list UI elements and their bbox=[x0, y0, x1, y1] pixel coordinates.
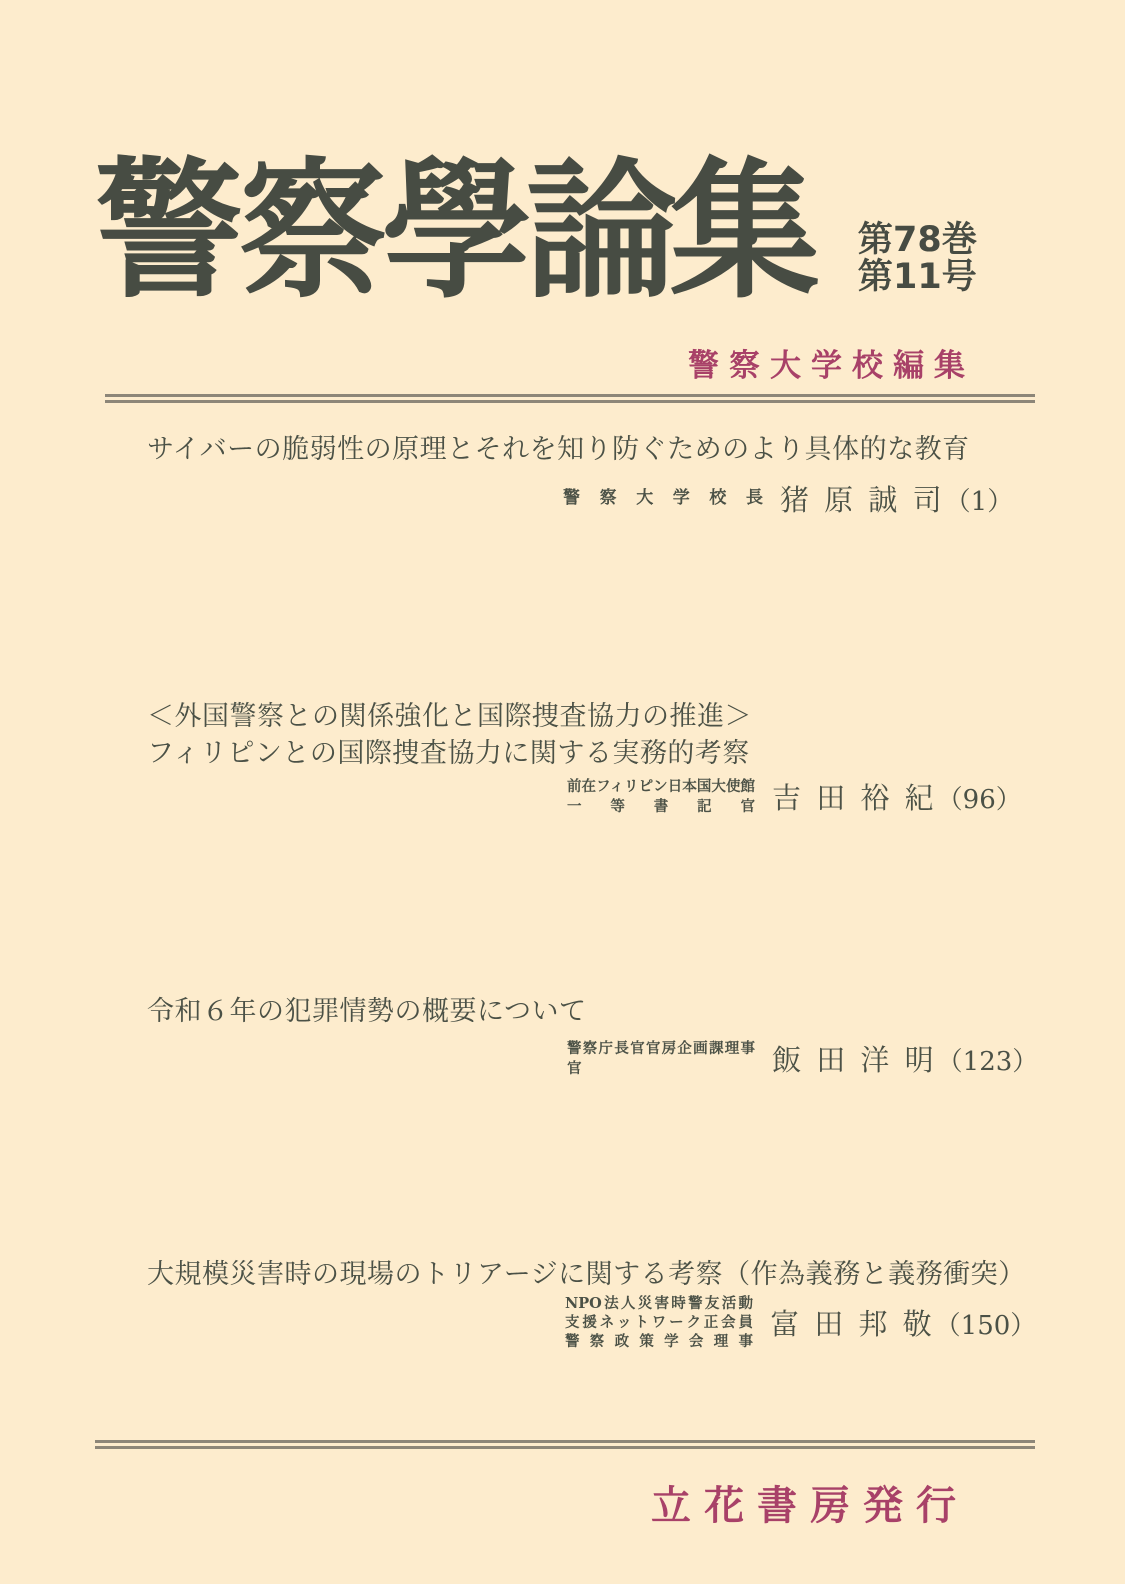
article-affiliation: 前在フィリピン日本国大使館 一等書記官 bbox=[567, 777, 755, 815]
affiliation-line: 前在フィリピン日本国大使館 bbox=[567, 777, 755, 796]
bottom-divider-rule bbox=[95, 1440, 1035, 1449]
article-author: 吉 田 裕 紀 bbox=[772, 781, 937, 815]
article-title-line: フィリピンとの国際捜査協力に関する実務的考察 bbox=[147, 735, 752, 772]
affiliation-line: 警察政策学会理事 bbox=[565, 1332, 753, 1351]
article-title-line: 令和６年の犯罪情勢の概要について bbox=[147, 993, 586, 1030]
article-page-ref: （123） bbox=[937, 1047, 1039, 1077]
article-author-row: 飯 田 洋 明（123） bbox=[772, 1038, 1038, 1079]
article-page-ref: （96） bbox=[937, 785, 1022, 815]
article-title: ＜外国警察との関係強化と国際捜査協力の推進＞ フィリピンとの国際捜査協力に関する… bbox=[147, 698, 752, 772]
article-title-line: サイバーの脆弱性の原理とそれを知り防ぐためのより具体的な教育 bbox=[147, 431, 970, 468]
article-title-line: 大規模災害時の現場のトリアージに関する考察（作為義務と義務衝突） bbox=[147, 1256, 1026, 1293]
journal-title: 警察學論集 bbox=[94, 156, 814, 306]
article-page-ref: （1） bbox=[945, 487, 1014, 517]
affiliation-line: 警察庁長官官房企画課理事官 bbox=[567, 1039, 755, 1077]
article-byline: NPO法人災害時警友活動 支援ネットワーク正会員 警察政策学会理事 富 田 邦 … bbox=[565, 1294, 1036, 1351]
affiliation-line: 支援ネットワーク正会員 bbox=[565, 1313, 753, 1332]
article-author: 飯 田 洋 明 bbox=[772, 1043, 937, 1077]
journal-cover: 警察學論集 第78巻 第11号 警察大学校編集 サイバーの脆弱性の原理とそれを知… bbox=[0, 0, 1125, 1584]
article-affiliation: 警察庁長官官房企画課理事官 bbox=[567, 1039, 755, 1077]
volume-issue-block: 第78巻 第11号 bbox=[858, 222, 977, 297]
affiliation-line: 警察大学校長 bbox=[563, 488, 763, 509]
article-author-row: 富 田 邦 敬（150） bbox=[770, 1302, 1036, 1343]
article-byline: 警察大学校長 猪 原 誠 司（1） bbox=[563, 478, 1013, 519]
article-author-row: 猪 原 誠 司（1） bbox=[780, 478, 1013, 519]
article-title: 大規模災害時の現場のトリアージに関する考察（作為義務と義務衝突） bbox=[147, 1256, 1026, 1293]
publisher-credit: 立花書房発行 bbox=[651, 1474, 969, 1531]
affiliation-line: 一等書記官 bbox=[567, 797, 755, 816]
article-title: サイバーの脆弱性の原理とそれを知り防ぐためのより具体的な教育 bbox=[147, 431, 970, 468]
article-author: 富 田 邦 敬 bbox=[770, 1307, 935, 1341]
article-affiliation: NPO法人災害時警友活動 支援ネットワーク正会員 警察政策学会理事 bbox=[565, 1294, 753, 1351]
article-title: 令和６年の犯罪情勢の概要について bbox=[147, 993, 586, 1030]
top-divider-rule bbox=[105, 394, 1035, 403]
article-author: 猪 原 誠 司 bbox=[780, 483, 945, 517]
editor-credit: 警察大学校編集 bbox=[688, 340, 975, 385]
article-affiliation: 警察大学校長 bbox=[563, 488, 763, 509]
article-byline: 前在フィリピン日本国大使館 一等書記官 吉 田 裕 紀（96） bbox=[567, 776, 1022, 817]
article-author-row: 吉 田 裕 紀（96） bbox=[772, 776, 1022, 817]
issue-number: 第11号 bbox=[858, 259, 977, 296]
article-page-ref: （150） bbox=[935, 1311, 1037, 1341]
article-byline: 警察庁長官官房企画課理事官 飯 田 洋 明（123） bbox=[567, 1038, 1038, 1079]
affiliation-line: NPO法人災害時警友活動 bbox=[565, 1294, 753, 1313]
volume-number: 第78巻 bbox=[858, 222, 977, 259]
article-title-line: ＜外国警察との関係強化と国際捜査協力の推進＞ bbox=[147, 698, 752, 735]
